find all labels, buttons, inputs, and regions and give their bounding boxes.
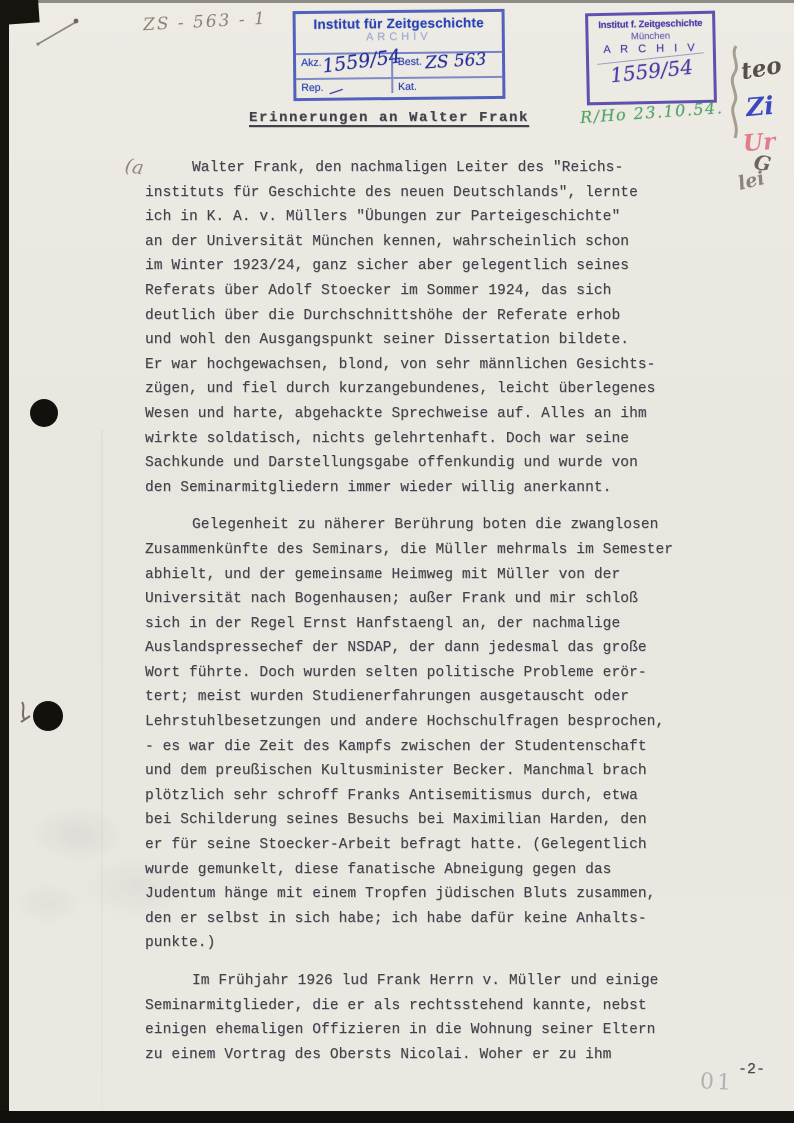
margin-initial: Zi xyxy=(745,91,775,122)
pencil-paragraph-mark: (a xyxy=(123,155,145,180)
page-number: -2- xyxy=(738,1061,765,1078)
pencil-scratch-icon xyxy=(34,16,82,53)
scan-edge-bottom xyxy=(0,1111,794,1123)
paragraph: Gelegenheit zu näherer Berührung boten d… xyxy=(145,513,682,956)
margin-initial: lei xyxy=(736,167,767,195)
stamp-field-grid: Akz. 1559/54 Best. ZS 563 Rep. — Kat. xyxy=(296,53,502,94)
archive-table-stamp: Institut für Zeitgeschichte ARCHIV Akz. … xyxy=(293,9,506,101)
archive-box-stamp: Institut f. Zeitgeschichte München A R C… xyxy=(585,11,717,106)
paragraph: Im Frühjahr 1926 lud Frank Herrn v. Müll… xyxy=(145,969,682,1067)
margin-initial: teo xyxy=(739,52,784,86)
best-value: ZS 563 xyxy=(424,50,486,74)
pencil-mark-icon xyxy=(18,700,36,731)
stamp-field-akz: Akz. 1559/54 xyxy=(296,54,393,80)
box-stamp-number: 1559/54 xyxy=(597,52,706,88)
rep-value: — xyxy=(326,80,346,102)
document-title: Erinnerungen an Walter Frank xyxy=(249,110,682,126)
akz-label: Akz. xyxy=(301,57,322,69)
paper-crease xyxy=(101,430,103,1112)
hole-punch-icon xyxy=(33,701,63,731)
kat-label: Kat. xyxy=(398,81,417,93)
scan-edge-left xyxy=(0,0,9,1123)
stamp-archiv-label: ARCHIV xyxy=(296,30,502,44)
best-label: Best. xyxy=(398,56,422,68)
typewritten-text: Erinnerungen an Walter Frank Walter Fran… xyxy=(145,110,682,1080)
pencil-reference: ZS - 563 - 1 xyxy=(143,9,268,35)
stamp-field-kat: Kat. xyxy=(393,78,502,93)
hole-punch-icon xyxy=(30,399,58,427)
stamp-field-best: Best. ZS 563 xyxy=(393,53,502,79)
scanned-document-page: ZS - 563 - 1 Institut für Zeitgeschichte… xyxy=(0,0,794,1123)
rep-label: Rep. xyxy=(301,82,323,94)
stamp-field-rep: Rep. — xyxy=(296,79,393,94)
scan-edge-top xyxy=(0,0,794,3)
paragraph: Walter Frank, den nachmaligen Leiter des… xyxy=(145,156,682,500)
faint-number-stamp: 01 xyxy=(699,1069,734,1096)
